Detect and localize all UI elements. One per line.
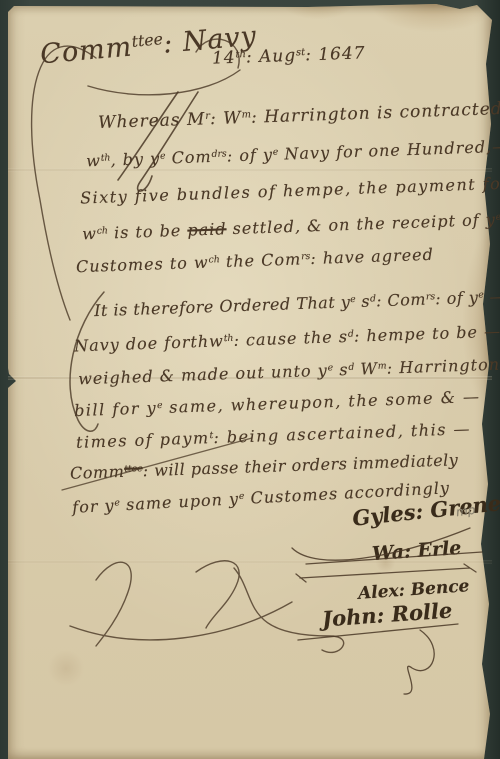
pencil-note: mp	[455, 503, 476, 520]
photographed-manuscript: Commttee: Navy14th: Augst: 1647Whereas M…	[0, 0, 500, 759]
